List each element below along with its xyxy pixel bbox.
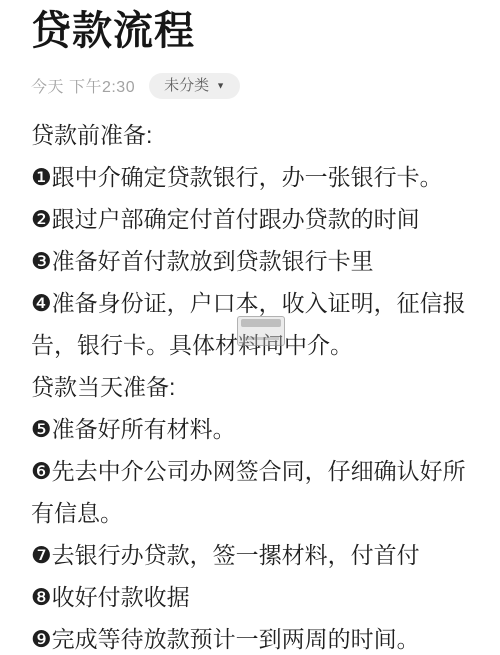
chevron-down-icon: ▼: [216, 81, 225, 90]
category-label: 未分类: [164, 78, 209, 93]
note-body[interactable]: 贷款前准备: ❶跟中介确定贷款银行，办一张银行卡。 ❷跟过户部确定付首付跟办贷款…: [31, 114, 470, 655]
note-line-step-7[interactable]: ❼去银行办贷款，签一摞材料，付首付: [31, 534, 470, 576]
note-line-step-5[interactable]: ❺准备好所有材料。: [31, 408, 470, 450]
note-line-step-6[interactable]: ❻先去中介公司办网签合同，仔细确认好所: [31, 450, 470, 492]
note-line-step-4-wrap[interactable]: 告，银行卡。具体材料问中介。: [31, 324, 470, 366]
note-line-section-day[interactable]: 贷款当天准备:: [31, 366, 470, 408]
note-line-step-4[interactable]: ❹准备身份证，户口本，收入证明，征信报: [31, 282, 470, 324]
note-line-step-3[interactable]: ❸准备好首付款放到贷款银行卡里: [31, 240, 470, 282]
note-line-step-2[interactable]: ❷跟过户部确定付首付跟办贷款的时间: [31, 198, 470, 240]
note-line-step-9[interactable]: ❾完成等待放款预计一到两周的时间。: [31, 618, 470, 655]
meta-row: 今天 下午2:30 未分类 ▼: [31, 72, 470, 99]
note-line-step-6-wrap[interactable]: 有信息。: [31, 492, 470, 534]
category-selector[interactable]: 未分类 ▼: [149, 73, 240, 99]
note-title[interactable]: 贷款流程: [31, 6, 470, 56]
note-line-step-1[interactable]: ❶跟中介确定贷款银行，办一张银行卡。: [31, 156, 470, 198]
note-line-step-8[interactable]: ❽收好付款收据: [31, 576, 470, 618]
note-line-section-before[interactable]: 贷款前准备:: [31, 114, 470, 156]
note-page: 贷款流程 今天 下午2:30 未分类 ▼ 贷款前准备: ❶跟中介确定贷款银行，办…: [0, 0, 500, 655]
note-date: 今天 下午2:30: [31, 74, 135, 97]
